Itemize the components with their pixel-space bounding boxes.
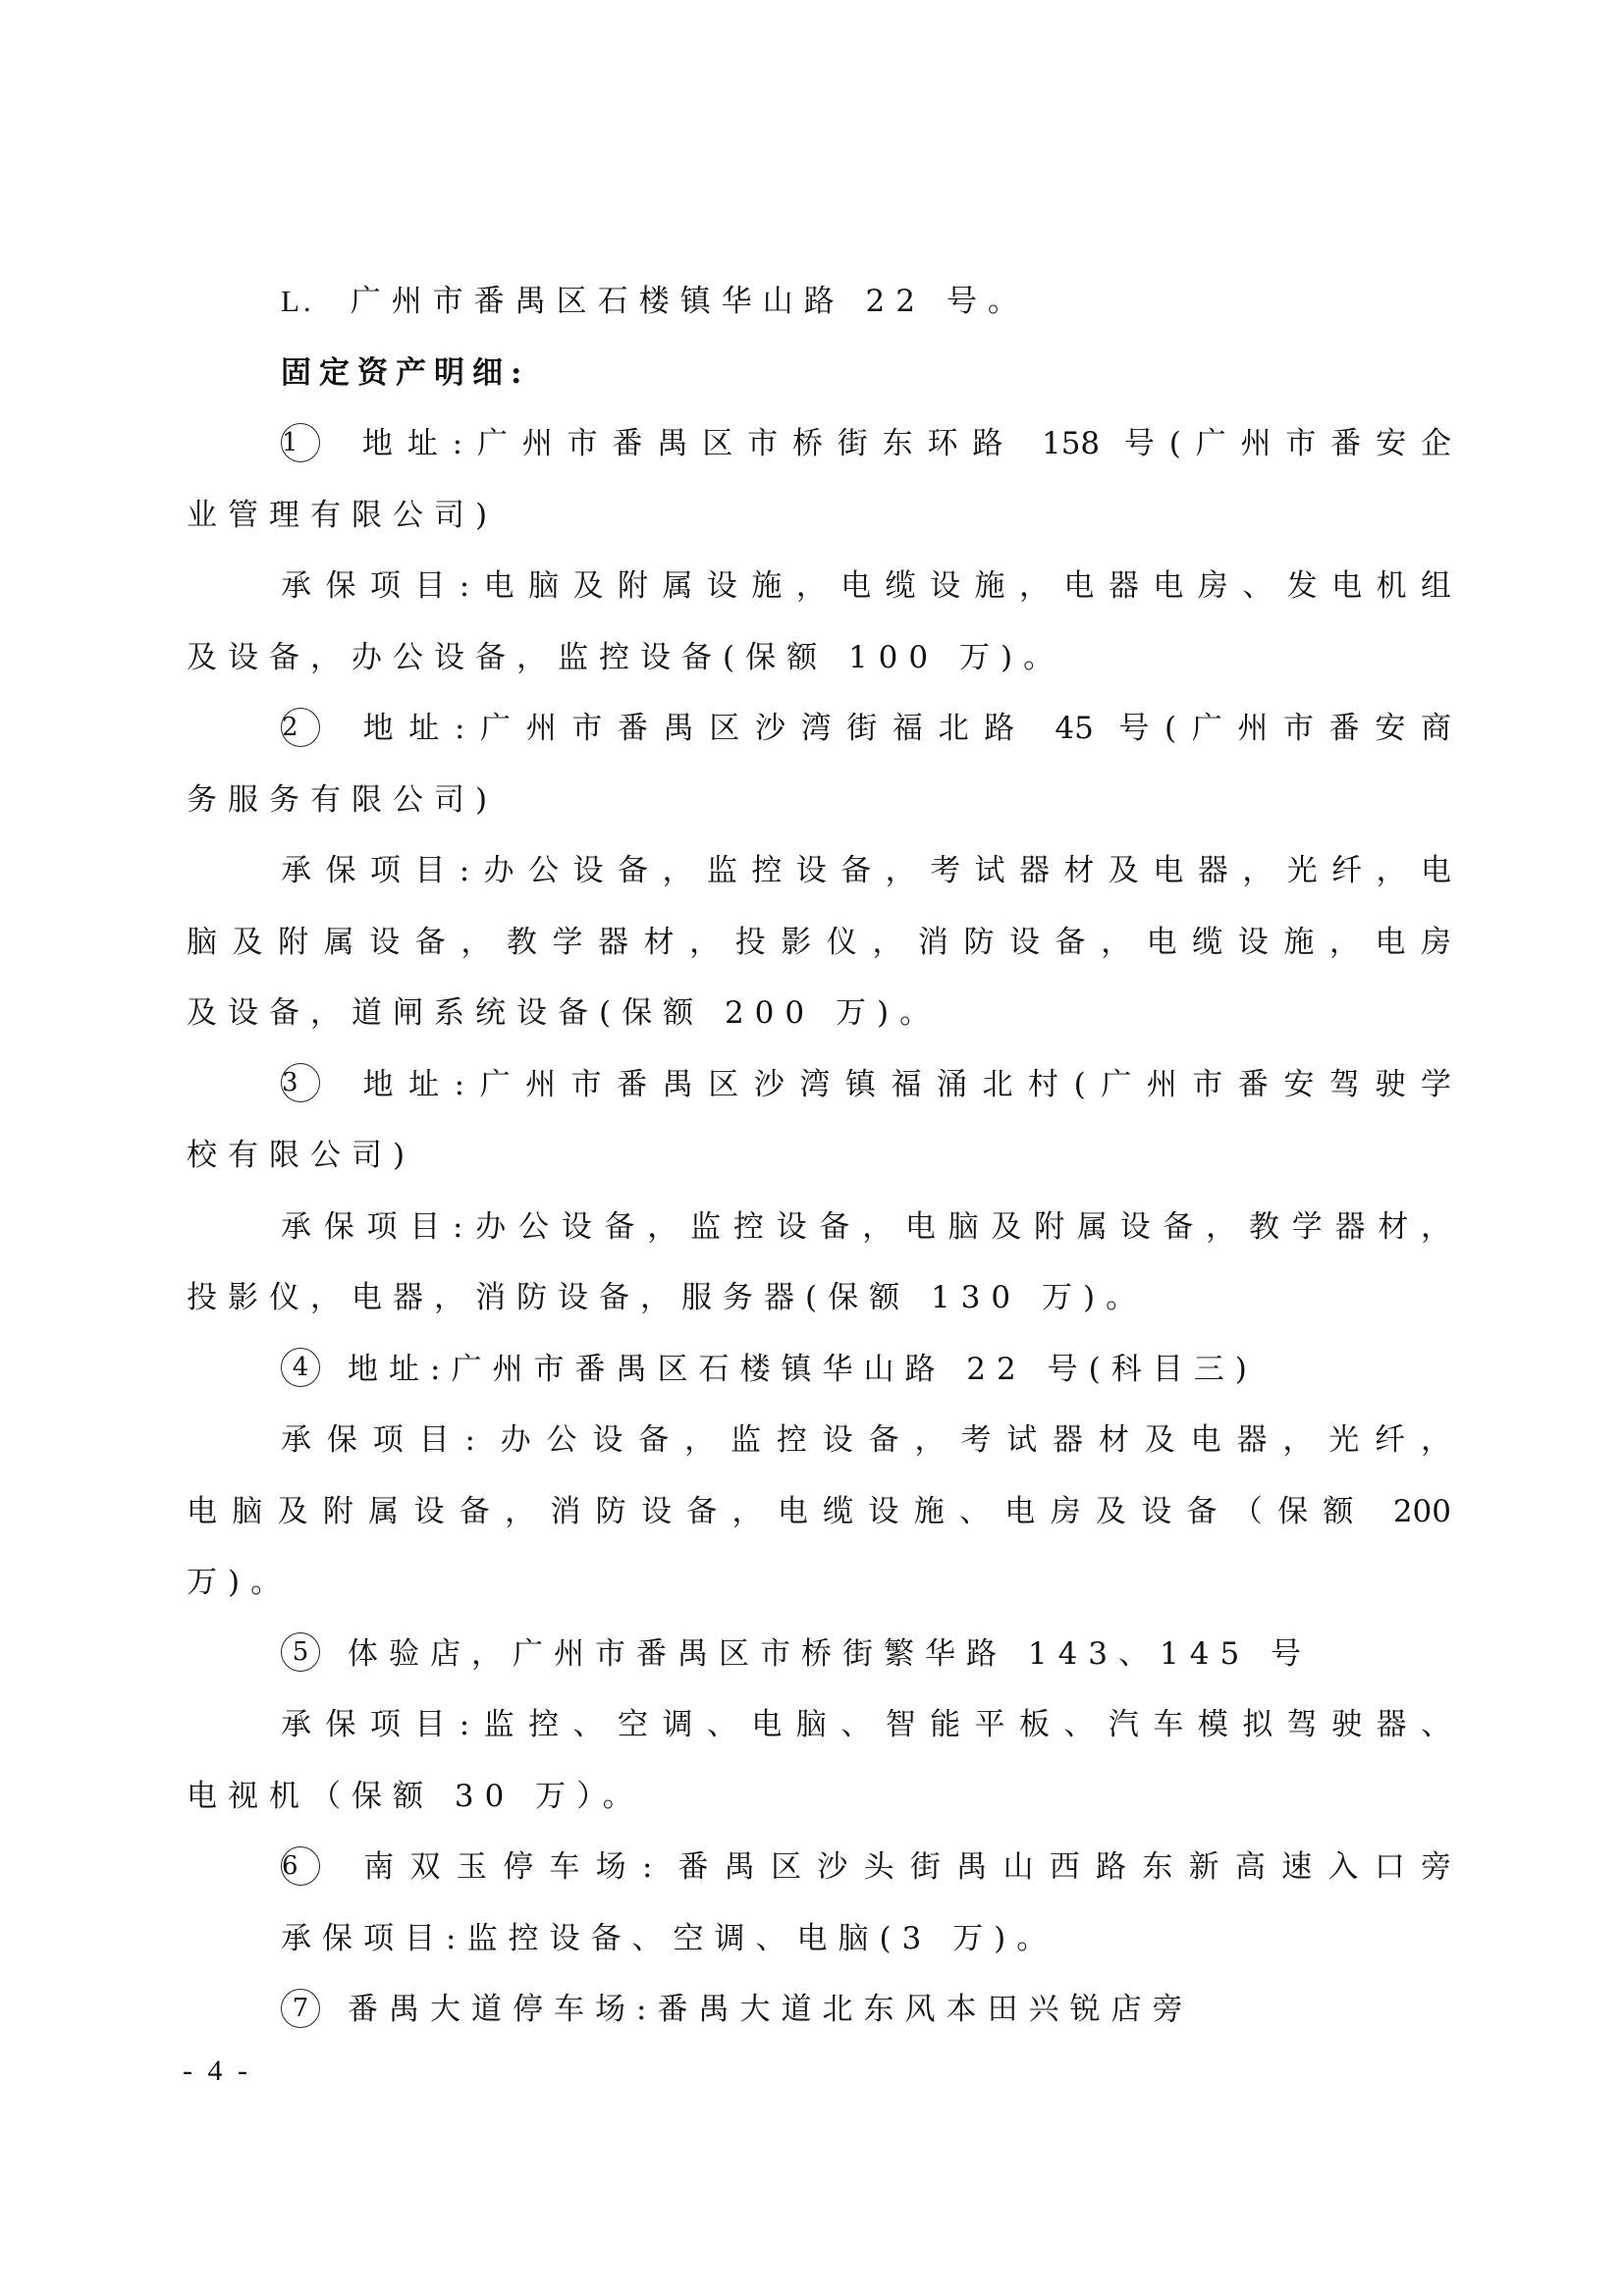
item-label: L.: [281, 284, 315, 318]
asset-3-address-line-1: 3地址:广州市番禺区沙湾镇福涌北村(广州市番安驾驶学: [187, 1049, 1451, 1121]
asset-5-coverage-line-2: 电视机（保额 30 万）。: [187, 1761, 1451, 1833]
circled-number-7-icon: 7: [281, 1989, 320, 2028]
asset-4-coverage-line-1: 承保项目: 办公设备，监控设备，考试器材及电器，光纤，: [187, 1405, 1451, 1476]
asset-2-coverage-line-1: 承保项目:办公设备，监控设备，考试器材及电器，光纤，电: [187, 835, 1451, 907]
asset-3-coverage-line-2: 投影仪，电器，消防设备，服务器(保额 130 万)。: [187, 1262, 1451, 1334]
asset-1-address-line-1: 1地址:广州市番禺区市桥街东环路 158 号(广州市番安企: [187, 408, 1451, 480]
asset-4-coverage-line-2: 电脑及附属设备，消防设备，电缆设施、电房及设备（保额 200: [187, 1476, 1451, 1548]
circled-number-3-icon: 3: [281, 1063, 320, 1102]
asset-2-address-line-1: 2地址:广州市番禺区沙湾街福北路 45 号(广州市番安商: [187, 693, 1451, 765]
intro-item-text: 广州市番禺区石楼镇华山路 22 号。: [351, 284, 1029, 319]
circled-number-5-icon: 5: [281, 1632, 320, 1672]
page-number: - 4 -: [183, 2052, 251, 2091]
asset-5-address-line-1: 5体验店，广州市番禺区市桥街繁华路 143、145 号: [187, 1619, 1451, 1690]
asset-1-address-line-2: 业管理有限公司): [187, 480, 1451, 552]
asset-4-coverage-line-3: 万)。: [187, 1547, 1451, 1619]
circled-number-2-icon: 2: [281, 708, 320, 747]
asset-3-coverage-line-1: 承保项目:办公设备，监控设备，电脑及附属设备，教学器材，: [187, 1192, 1451, 1263]
circled-number-1-icon: 1: [281, 423, 320, 462]
asset-2-address-line-2: 务服务有限公司): [187, 765, 1451, 836]
asset-2-coverage-line-3: 及设备，道闸系统设备(保额 200 万)。: [187, 978, 1451, 1049]
intro-item-line: L.广州市番禺区石楼镇华山路 22 号。: [187, 266, 1451, 338]
asset-2-coverage-line-2: 脑及附属设备，教学器材，投影仪，消防设备，电缆设施，电房: [187, 907, 1451, 979]
asset-6-coverage-line-1: 承保项目:监控设备、空调、电脑(3 万)。: [187, 1903, 1451, 1975]
document-page: L.广州市番禺区石楼镇华山路 22 号。 固定资产明细: 1地址:广州市番禺区市…: [0, 0, 1624, 2296]
asset-3-address-line-2: 校有限公司): [187, 1120, 1451, 1192]
asset-4-address-line-1: 4地址:广州市番禺区石楼镇华山路 22 号(科目三): [187, 1334, 1451, 1406]
section-heading: 固定资产明细:: [187, 338, 1451, 409]
asset-1-coverage-line-2: 及设备，办公设备，监控设备(保额 100 万)。: [187, 622, 1451, 694]
page-body: L.广州市番禺区石楼镇华山路 22 号。 固定资产明细: 1地址:广州市番禺区市…: [187, 266, 1451, 2046]
asset-7-address-line-1: 7番禺大道停车场:番禺大道北东风本田兴锐店旁: [187, 1974, 1451, 2046]
circled-number-4-icon: 4: [281, 1348, 320, 1387]
asset-5-coverage-line-1: 承保项目:监控、空调、电脑、智能平板、汽车模拟驾驶器、: [187, 1689, 1451, 1761]
asset-6-address-line-1: 6南双玉停车场: 番禺区沙头街禺山西路东新高速入口旁: [187, 1832, 1451, 1903]
asset-1-coverage-line-1: 承保项目:电脑及附属设施，电缆设施，电器电房、发电机组: [187, 551, 1451, 622]
circled-number-6-icon: 6: [281, 1846, 320, 1886]
